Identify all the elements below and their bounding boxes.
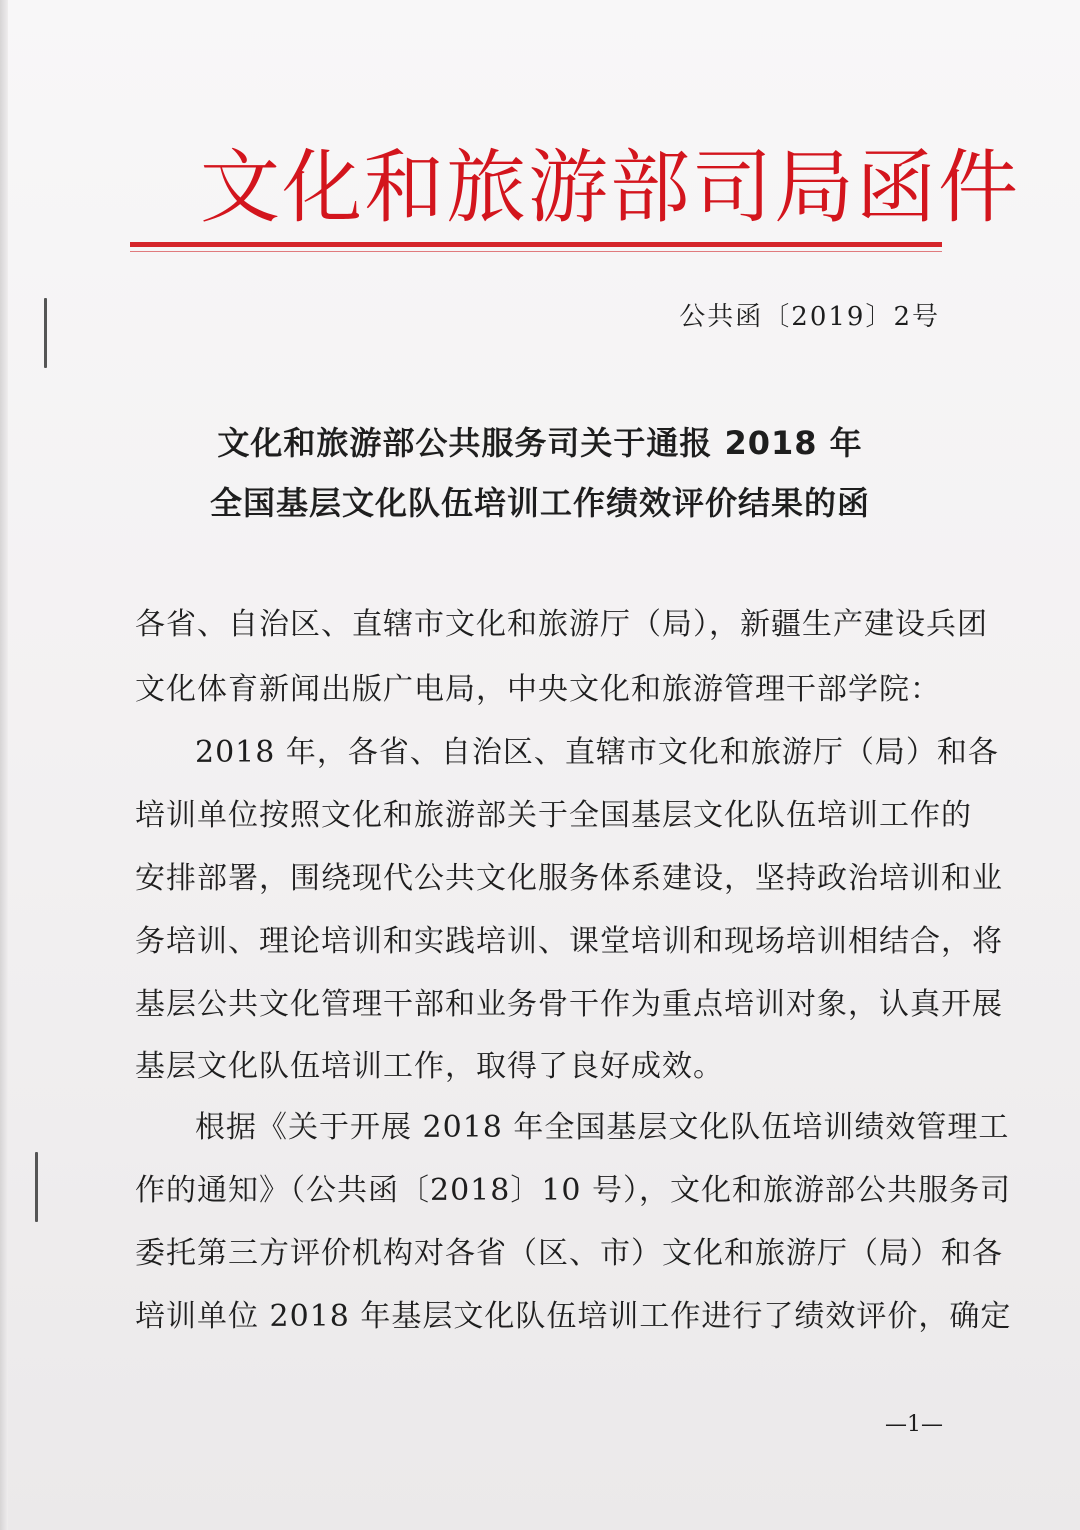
paragraph-2-line-1: 根据《关于开展 2018 年全国基层文化队伍培训绩效管理工 — [195, 1108, 945, 1148]
addressee-line-1: 各省、自治区、直辖市文化和旅游厅（局），新疆生产建设兵团 — [135, 605, 945, 645]
paragraph-2-line-2: 作的通知》（公共函〔2018〕10 号），文化和旅游部公共服务司 — [135, 1171, 945, 1211]
paragraph-1-line-3: 安排部署，围绕现代公共文化服务体系建设，坚持政治培训和业 — [135, 859, 945, 899]
page-number: —1— — [885, 1412, 943, 1437]
masthead-title: 文化和旅游部司局函件 — [200, 138, 900, 238]
addressee-line-2: 文化体育新闻出版广电局，中央文化和旅游管理干部学院： — [135, 670, 945, 710]
masthead-red-rule-thin — [130, 251, 942, 252]
paragraph-1-line-2: 培训单位按照文化和旅游部关于全国基层文化队伍培训工作的 — [135, 796, 945, 836]
document-page: 文化和旅游部司局函件 公共函〔2019〕2号 文化和旅游部公共服务司关于通报 2… — [0, 0, 1080, 1530]
paragraph-1-line-6: 基层文化队伍培训工作，取得了良好成效。 — [135, 1047, 945, 1087]
paragraph-2-line-3: 委托第三方评价机构对各省（区、市）文化和旅游厅（局）和各 — [135, 1234, 945, 1274]
document-number: 公共函〔2019〕2号 — [679, 296, 940, 333]
paragraph-1-line-5: 基层公共文化管理干部和业务骨干作为重点培训对象，认真开展 — [135, 985, 945, 1025]
document-title-line-1: 文化和旅游部公共服务司关于通报 2018 年 — [130, 418, 950, 464]
binding-mark-top — [44, 298, 47, 368]
binding-mark-bottom — [35, 1152, 38, 1222]
paragraph-1-line-1: 2018 年，各省、自治区、直辖市文化和旅游厅（局）和各 — [195, 733, 945, 773]
document-title-line-2: 全国基层文化队伍培训工作绩效评价结果的函 — [130, 478, 950, 524]
paragraph-2-line-4: 培训单位 2018 年基层文化队伍培训工作进行了绩效评价，确定 — [135, 1297, 945, 1337]
masthead-red-rule — [130, 242, 942, 247]
page-edge-shadow — [0, 0, 8, 1530]
paragraph-1-line-4: 务培训、理论培训和实践培训、课堂培训和现场培训相结合，将 — [135, 922, 945, 962]
